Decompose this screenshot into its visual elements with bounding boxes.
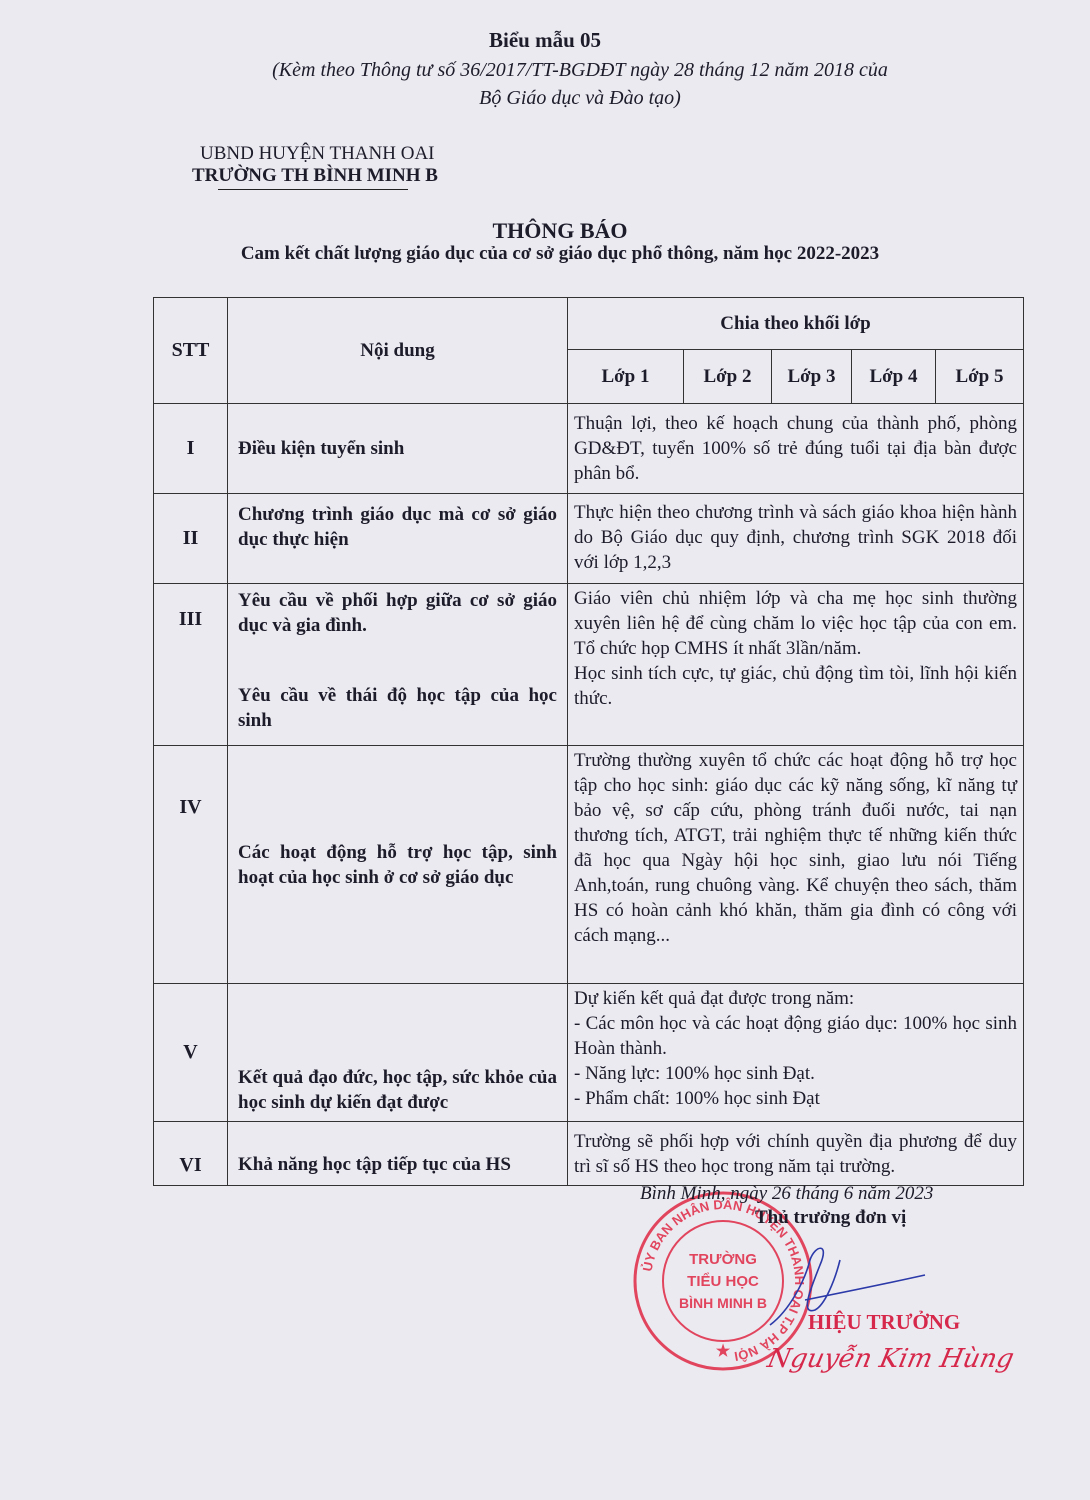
row-stt: VI	[154, 1122, 228, 1186]
table-row: V Kết quả đạo đức, học tập, sức khỏe của…	[154, 984, 1024, 1122]
row-stt: I	[154, 404, 228, 494]
row-value-line: Dự kiến kết quả đạt được trong năm:	[574, 986, 1017, 1011]
document-title: THÔNG BÁO	[0, 218, 1090, 244]
row-value: Thực hiện theo chương trình và sách giáo…	[568, 494, 1024, 584]
header-grade-4: Lớp 4	[852, 350, 936, 404]
row-content: Khả năng học tập tiếp tục của HS	[228, 1122, 568, 1186]
place-date: Bình Minh, ngày 26 tháng 6 năm 2023	[640, 1183, 933, 1205]
row-value-part2: Học sinh tích cực, tự giác, chủ động tìm…	[574, 661, 1017, 711]
header-grade-5: Lớp 5	[936, 350, 1024, 404]
org-school: TRƯỜNG TH BÌNH MINH B	[192, 165, 438, 187]
row-value: Trường thường xuyên tổ chức các hoạt độn…	[568, 746, 1024, 984]
row-content-part2: Yêu cầu về thái độ học tập của học sinh	[238, 685, 557, 731]
commitment-table: STT Nội dung Chia theo khối lớp Lớp 1 Lớ…	[153, 297, 1024, 1186]
row-content: Chương trình giáo dục mà cơ sở giáo dục …	[228, 494, 568, 584]
row-content: Các hoạt động hỗ trợ học tập, sinh hoạt …	[228, 746, 568, 984]
row-value-line: - Các môn học và các hoạt động giáo dục:…	[574, 1011, 1017, 1061]
header-grade-2: Lớp 2	[684, 350, 772, 404]
row-stt: IV	[154, 746, 228, 984]
header-stt: STT	[154, 298, 228, 404]
row-stt: II	[154, 494, 228, 584]
org-underline	[218, 189, 408, 190]
row-content: Kết quả đạo đức, học tập, sức khỏe của h…	[228, 984, 568, 1122]
org-parent: UBND HUYỆN THANH OAI	[200, 143, 435, 165]
row-stt: V	[154, 984, 228, 1122]
table-row: VI Khả năng học tập tiếp tục của HS Trườ…	[154, 1122, 1024, 1186]
form-note: (Kèm theo Thông tư số 36/2017/TT-BGDĐT n…	[0, 56, 1090, 112]
row-value-line: - Phẩm chất: 100% học sinh Đạt	[574, 1086, 1017, 1111]
header-content: Nội dung	[228, 298, 568, 404]
stamp-line-2: TIỂU HỌC	[687, 1272, 759, 1290]
table-row: II Chương trình giáo dục mà cơ sở giáo d…	[154, 494, 1024, 584]
table-row: III Yêu cầu về phối hợp giữa cơ sở giáo …	[154, 584, 1024, 746]
row-value: Thuận lợi, theo kế hoạch chung của thành…	[568, 404, 1024, 494]
signer-role: Thủ trưởng đơn vị	[755, 1207, 906, 1229]
header-grade-3: Lớp 3	[772, 350, 852, 404]
stamp-line-3: BÌNH MINH B	[679, 1295, 767, 1311]
table-row: I Điều kiện tuyển sinh Thuận lợi, theo k…	[154, 404, 1024, 494]
header-grade-1: Lớp 1	[568, 350, 684, 404]
stamp-line-1: TRƯỜNG	[689, 1250, 757, 1268]
star-icon: ★	[716, 1343, 731, 1360]
row-value: Trường sẽ phối hợp với chính quyền địa p…	[568, 1122, 1024, 1186]
signer-name: Nguyễn Kim Hùng	[765, 1344, 1017, 1374]
form-title: Biểu mẫu 05	[0, 28, 1090, 53]
document-subtitle: Cam kết chất lượng giáo dục của cơ sở gi…	[0, 243, 1090, 265]
row-content: Điều kiện tuyển sinh	[228, 404, 568, 494]
row-value-line: - Năng lực: 100% học sinh Đạt.	[574, 1061, 1017, 1086]
row-content: Yêu cầu về phối hợp giữa cơ sở giáo dục …	[228, 584, 568, 746]
row-content-part1: Yêu cầu về phối hợp giữa cơ sở giáo dục …	[238, 590, 557, 636]
form-note-line2: Bộ Giáo dục và Đào tạo)	[70, 84, 1090, 112]
table-row: IV Các hoạt động hỗ trợ học tập, sinh ho…	[154, 746, 1024, 984]
row-value-part1: Giáo viên chủ nhiệm lớp và cha mẹ học si…	[574, 586, 1017, 661]
header-grade-group: Chia theo khối lớp	[568, 298, 1024, 350]
form-note-line1: (Kèm theo Thông tư số 36/2017/TT-BGDĐT n…	[70, 56, 1090, 84]
signer-title: HIỆU TRƯỞNG	[808, 1310, 960, 1335]
row-stt: III	[154, 584, 228, 746]
row-value: Giáo viên chủ nhiệm lớp và cha mẹ học si…	[568, 584, 1024, 746]
row-value: Dự kiến kết quả đạt được trong năm: - Cá…	[568, 984, 1024, 1122]
